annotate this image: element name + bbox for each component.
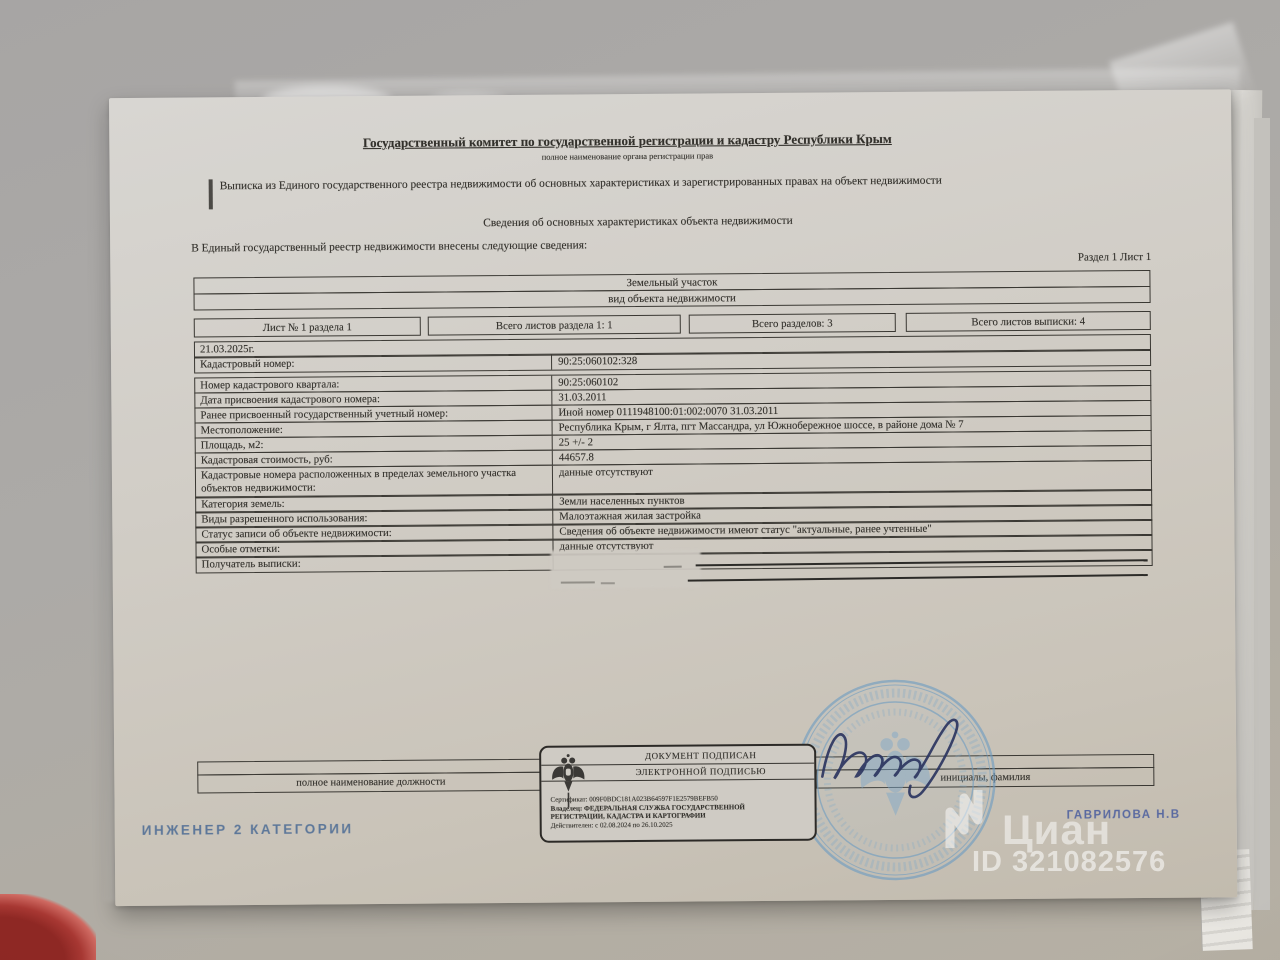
sheet-info-cell: Всего листов выписки: 4 xyxy=(906,311,1151,332)
watermark-id: ID 321082576 xyxy=(972,846,1166,879)
sheet-info-cell: Лист № 1 раздела 1 xyxy=(194,317,421,338)
sheet-info-cell: Всего разделов: 3 xyxy=(689,313,896,334)
esignature-box: ДОКУМЕНТ ПОДПИСАН ЭЛЕКТРОННОЙ ПОДПИСЬЮ С… xyxy=(539,744,817,843)
section-sheet-label: Раздел 1 Лист 1 xyxy=(898,251,1151,265)
photo-of-cadastre-extract: Государственный комитет по государственн… xyxy=(0,0,1280,960)
esign-line1: ДОКУМЕНТ ПОДПИСАН xyxy=(591,750,810,762)
faint-dash xyxy=(561,581,595,583)
faint-dash xyxy=(664,566,682,568)
esign-line2: ЭЛЕКТРОННОЙ ПОДПИСЬЮ xyxy=(591,766,810,778)
position-caption: полное наименование должности xyxy=(198,772,544,792)
faint-dash xyxy=(601,582,615,584)
esign-validity: Действителен: с 02.08.2024 по 26.10.2025 xyxy=(551,820,809,831)
esign-details: Сертификат: 009F0BDC181A023B64597F1E2579… xyxy=(550,795,808,831)
attributes-table: 21.03.2025г. Кадастровый номер:90:25:060… xyxy=(194,334,1153,573)
sheet-info-cell: Всего листов раздела 1: 1 xyxy=(428,315,681,336)
engineer-stamp-text: ИНЖЕНЕР 2 КАТЕГОРИИ xyxy=(142,821,354,838)
cian-logo-icon xyxy=(944,790,996,848)
margin-bar xyxy=(209,179,213,209)
